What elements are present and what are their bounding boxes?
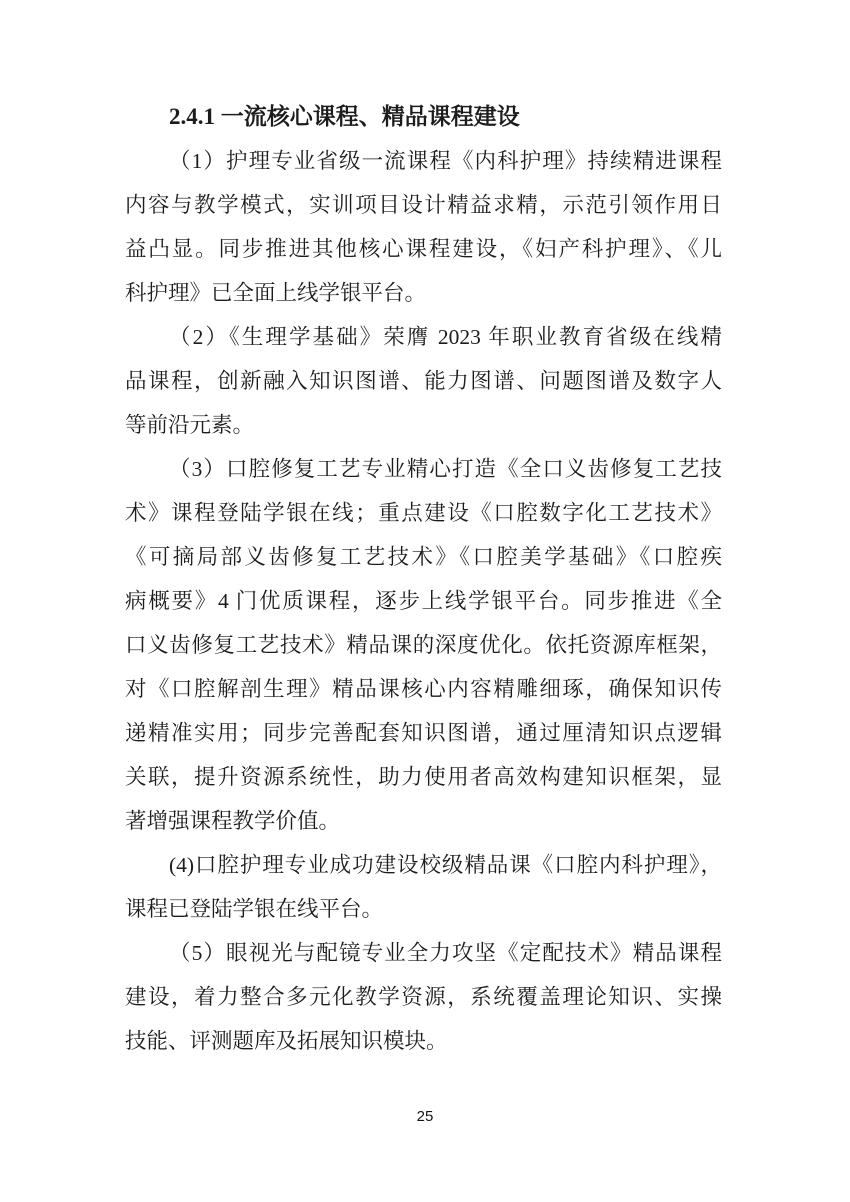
text-line: 益凸显。同步推进其他核心课程建设，《妇产科护理》、《儿 [125,227,722,271]
text-line: 品课程，创新融入知识图谱、能力图谱、问题图谱及数字人 [125,359,722,403]
text-line: （3）口腔修复工艺专业精心打造《全口义齿修复工艺技 [125,447,722,491]
section-heading: 2.4.1 一流核心课程、精品课程建设 [125,95,722,139]
text-line: 内容与教学模式，实训项目设计精益求精，示范引领作用日 [125,183,722,227]
paragraph-2: （2）《生理学基础》荣膺 2023 年职业教育省级在线精品课程，创新融入知识图谱… [125,315,722,447]
text-line: 病概要》4 门优质课程，逐步上线学银平台。同步推进《全 [125,579,722,623]
text-line: （5）眼视光与配镜专业全力攻坚《定配技术》精品课程 [125,931,722,975]
text-line: 著增强课程教学价值。 [125,799,722,843]
paragraphs-container: （1）护理专业省级一流课程《内科护理》持续精进课程内容与教学模式，实训项目设计精… [125,139,722,1063]
text-line: 课程已登陆学银在线平台。 [125,887,722,931]
paragraph-4: (4)口腔护理专业成功建设校级精品课《口腔内科护理》，课程已登陆学银在线平台。 [125,843,722,931]
text-line: 《可摘局部义齿修复工艺技术》《口腔美学基础》《口腔疾 [125,535,722,579]
text-line: 建设，着力整合多元化教学资源，系统覆盖理论知识、实操 [125,975,722,1019]
text-line: 对《口腔解剖生理》精品课核心内容精雕细琢，确保知识传 [125,667,722,711]
paragraph-3: （3）口腔修复工艺专业精心打造《全口义齿修复工艺技术》课程登陆学银在线；重点建设… [125,447,722,843]
text-line: 关联，提升资源系统性，助力使用者高效构建知识框架，显 [125,755,722,799]
text-line: 等前沿元素。 [125,403,722,447]
text-line: （1）护理专业省级一流课程《内科护理》持续精进课程 [125,139,722,183]
text-line: 科护理》已全面上线学银平台。 [125,271,722,315]
text-line: 递精准实用；同步完善配套知识图谱，通过厘清知识点逻辑 [125,711,722,755]
paragraph-1: （1）护理专业省级一流课程《内科护理》持续精进课程内容与教学模式，实训项目设计精… [125,139,722,315]
text-line: 技能、评测题库及拓展知识模块。 [125,1019,722,1063]
text-line: （2）《生理学基础》荣膺 2023 年职业教育省级在线精 [125,315,722,359]
document-body: 2.4.1 一流核心课程、精品课程建设 （1）护理专业省级一流课程《内科护理》持… [125,95,722,1063]
paragraph-5: （5）眼视光与配镜专业全力攻坚《定配技术》精品课程建设，着力整合多元化教学资源，… [125,931,722,1063]
text-line: (4)口腔护理专业成功建设校级精品课《口腔内科护理》， [125,843,722,887]
text-line: 口义齿修复工艺技术》精品课的深度优化。依托资源库框架， [125,623,722,667]
text-line: 术》课程登陆学银在线；重点建设《口腔数字化工艺技术》 [125,491,722,535]
document-page: 2.4.1 一流核心课程、精品课程建设 （1）护理专业省级一流课程《内科护理》持… [0,0,850,1202]
page-number: 25 [0,1108,850,1132]
